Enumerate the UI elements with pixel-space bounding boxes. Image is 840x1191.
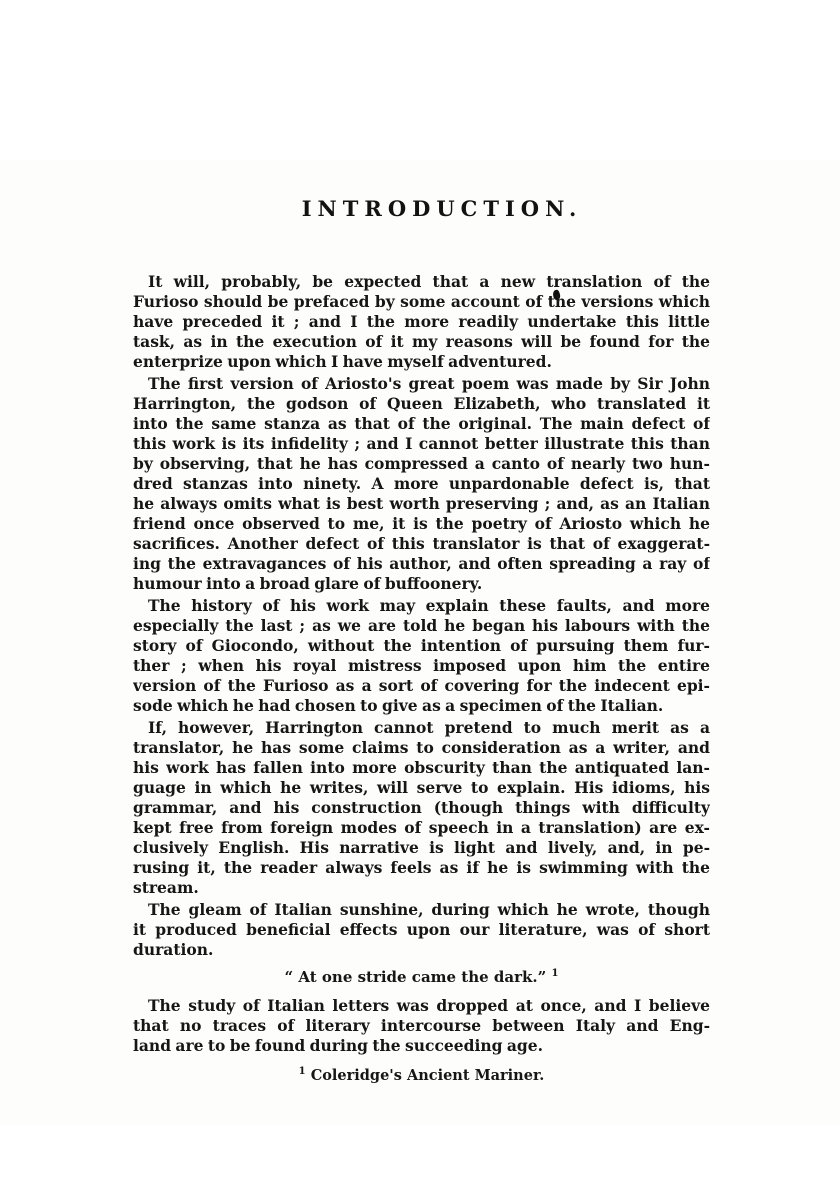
text-line: task, as in the execution of it my reaso… [133,332,710,352]
text-line: clusively English. His narrative is ligh… [133,838,710,858]
footnote-reference-marker: 1 [552,968,559,979]
text-line: kept free from foreign modes of speech i… [133,818,710,838]
quote-text: “ At one stride came the dark.” [285,968,547,986]
verse-quote: “ At one stride came the dark.” 1 [133,967,710,987]
text-line: land are to be found during the succeedi… [133,1036,710,1056]
text-line: sacrifices. Another defect of this trans… [133,534,710,554]
footnote-text: Coleridge's Ancient Mariner. [311,1067,545,1084]
text-line: version of the Furioso as a sort of cove… [133,676,710,696]
paragraph: It will, probably, be expected that a ne… [133,272,710,372]
text-line: ing the extravagances of his author, and… [133,554,710,574]
paragraph: If, however, Harrington cannot pretend t… [133,718,710,898]
text-line: Harrington, the godson of Queen Elizabet… [133,394,710,414]
text-line: it produced beneficial effects upon our … [133,920,710,940]
text-line: friend once observed to me, it is the po… [133,514,710,534]
text-line: humour into a broad glare of buffoonery. [133,574,710,594]
text-line: If, however, Harrington cannot pretend t… [133,718,710,738]
text-line: guage in which he writes, will serve to … [133,778,710,798]
text-line: The gleam of Italian sunshine, during wh… [133,900,710,920]
text-line: enterprize upon which I have myself adve… [133,352,710,372]
paragraph: The history of his work may explain thes… [133,596,710,716]
text-line: grammar, and his construction (though th… [133,798,710,818]
paragraph: The gleam of Italian sunshine, during wh… [133,900,710,960]
text-line: It will, probably, be expected that a ne… [133,272,710,292]
text-line: his work has fallen into more obscurity … [133,758,710,778]
document-page: INTRODUCTION. It will, probably, be expe… [0,0,840,1191]
text-line: The first version of Ariosto's great poe… [133,374,710,394]
page-title: INTRODUCTION. [142,196,742,221]
text-line: rusing it, the reader always feels as if… [133,858,710,878]
footnote: 1 Coleridge's Ancient Mariner. [133,1066,710,1086]
text-line: ther ; when his royal mistress imposed u… [133,656,710,676]
text-line: Furioso should be prefaced by some accou… [133,292,710,312]
body-text: It will, probably, be expected that a ne… [133,272,710,1086]
text-line: that no traces of literary intercourse b… [133,1016,710,1036]
text-line: The history of his work may explain thes… [133,596,710,616]
text-line: this work is its infidelity ; and I cann… [133,434,710,454]
text-line: duration. [133,940,710,960]
paragraph: The first version of Ariosto's great poe… [133,374,710,594]
text-line: stream. [133,878,710,898]
text-line: into the same stanza as that of the orig… [133,414,710,434]
text-line: have preceded it ; and I the more readil… [133,312,710,332]
text-line: The study of Italian letters was dropped… [133,996,710,1016]
paragraph: The study of Italian letters was dropped… [133,996,710,1056]
text-line: he always omits what is best worth prese… [133,494,710,514]
footnote-marker: 1 [299,1066,306,1077]
text-line: dred stanzas into ninety. A more unpardo… [133,474,710,494]
text-line: sode which he had chosen to give as a sp… [133,696,710,716]
text-line: translator, he has some claims to consid… [133,738,710,758]
text-line: story of Giocondo, without the intention… [133,636,710,656]
text-line: especially the last ; as we are told he … [133,616,710,636]
text-line: by observing, that he has compressed a c… [133,454,710,474]
